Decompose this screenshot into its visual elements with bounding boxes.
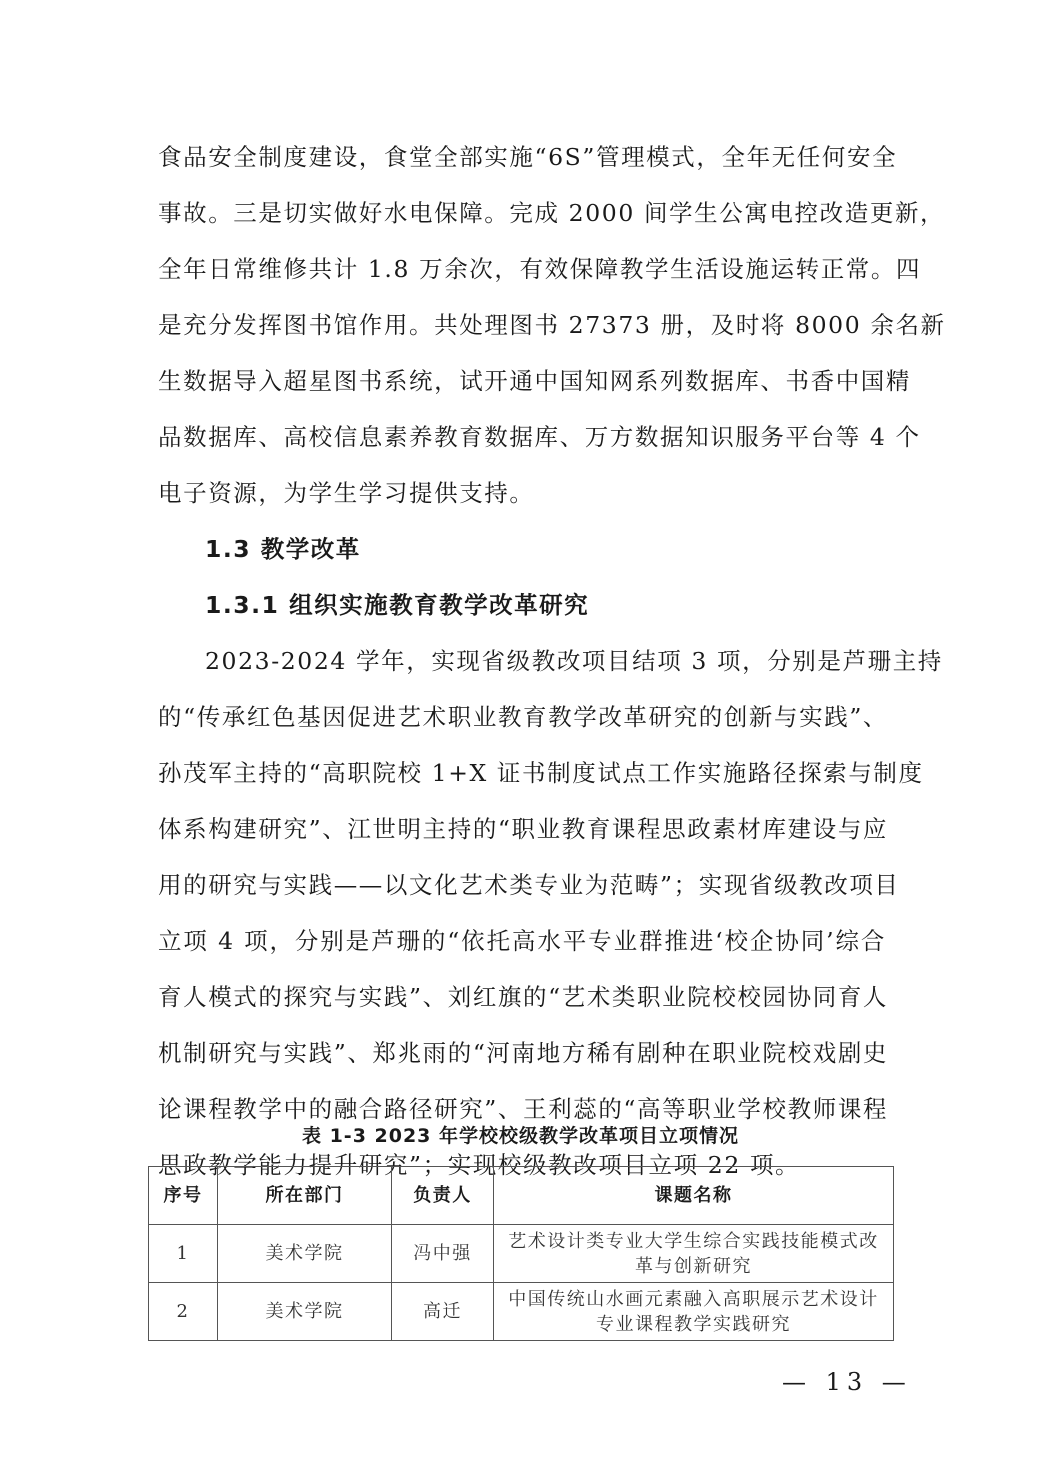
cell-department: 美术学院 [218, 1283, 392, 1341]
text-line: 是充分发挥图书馆作用。共处理图书 27373 册，及时将 8000 余名新 [158, 310, 886, 340]
text-line: 用的研究与实践——以文化艺术类专业为范畴”；实现省级教改项目 [158, 870, 886, 900]
table-caption: 表 1-3 2023 年学校校级教学改革项目立项情况 [0, 1123, 1041, 1149]
cell-index: 1 [149, 1225, 218, 1283]
text-line: 品数据库、高校信息素养教育数据库、万方数据知识服务平台等 4 个 [158, 422, 886, 452]
text-line: 体系构建研究”、江世明主持的“职业教育课程思政素材库建设与应 [158, 814, 886, 844]
text-line: 事故。三是切实做好水电保障。完成 2000 间学生公寓电控改造更新， [158, 198, 886, 228]
header-project-name: 课题名称 [494, 1167, 894, 1225]
text-line: 的“传承红色基因促进艺术职业教育教学改革研究的创新与实践”、 [158, 702, 886, 732]
cell-project-name: 艺术设计类专业大学生综合实践技能模式改革与创新研究 [494, 1225, 894, 1283]
text-line: 生数据导入超星图书系统，试开通中国知网系列数据库、书香中国精 [158, 366, 886, 396]
cell-index: 2 [149, 1283, 218, 1341]
table-row: 1 美术学院 冯中强 艺术设计类专业大学生综合实践技能模式改革与创新研究 [149, 1225, 894, 1283]
page-number: — 13 — [782, 1367, 912, 1397]
text-line: 电子资源，为学生学习提供支持。 [158, 478, 886, 508]
text-line: 机制研究与实践”、郑兆雨的“河南地方稀有剧种在职业院校戏剧史 [158, 1038, 886, 1068]
cell-leader: 高迁 [392, 1283, 494, 1341]
header-leader: 负责人 [392, 1167, 494, 1225]
header-index: 序号 [149, 1167, 218, 1225]
text-line: 全年日常维修共计 1.8 万余次，有效保障教学生活设施运转正常。四 [158, 254, 886, 284]
table-row: 2 美术学院 高迁 中国传统山水画元素融入高职展示艺术设计专业课程教学实践研究 [149, 1283, 894, 1341]
table-header-row: 序号 所在部门 负责人 课题名称 [149, 1167, 894, 1225]
section-heading: 1.3 教学改革 [205, 534, 361, 564]
text-line: 孙茂军主持的“高职院校 1+X 证书制度试点工作实施路径探索与制度 [158, 758, 886, 788]
text-line: 食品安全制度建设，食堂全部实施“6S”管理模式，全年无任何安全 [158, 142, 886, 172]
reform-projects-table: 序号 所在部门 负责人 课题名称 1 美术学院 冯中强 艺术设计类专业大学生综合… [148, 1166, 894, 1341]
text-line: 立项 4 项，分别是芦珊的“依托高水平专业群推进‘校企协同’综合 [158, 926, 886, 956]
text-line: 育人模式的探究与实践”、刘红旗的“艺术类职业院校校园协同育人 [158, 982, 886, 1012]
text-line: 论课程教学中的融合路径研究”、王利蕊的“高等职业学校教师课程 [158, 1094, 886, 1124]
cell-department: 美术学院 [218, 1225, 392, 1283]
header-department: 所在部门 [218, 1167, 392, 1225]
cell-leader: 冯中强 [392, 1225, 494, 1283]
subsection-heading: 1.3.1 组织实施教育教学改革研究 [205, 590, 589, 620]
text-line: 2023-2024 学年，实现省级教改项目结项 3 项，分别是芦珊主持 [205, 646, 886, 676]
cell-project-name: 中国传统山水画元素融入高职展示艺术设计专业课程教学实践研究 [494, 1283, 894, 1341]
